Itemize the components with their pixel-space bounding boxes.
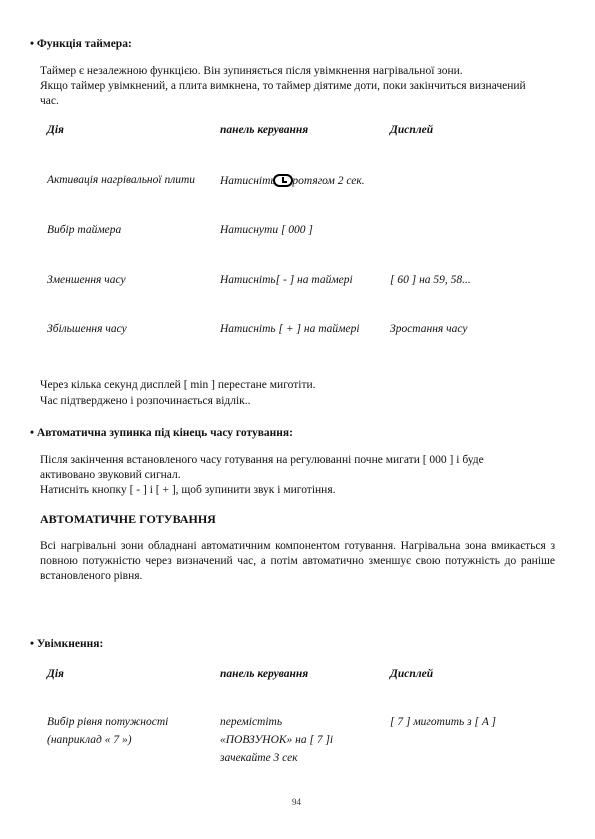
- timer-row-1-control: Натиснітьпротягом 2 сек.: [220, 174, 365, 187]
- timer-row-4-action: Збільшення часу: [47, 323, 127, 335]
- switch-row-action-line-1: Вибір рівня потужності: [47, 716, 168, 728]
- clock-icon: [273, 174, 293, 187]
- timer-table-header-display: Дисплей: [390, 124, 433, 136]
- auto-stop-line-2: активовано звуковий сигнал.: [40, 468, 181, 483]
- timer-intro-line-1: Таймер є незалежною функцією. Він зупиня…: [40, 64, 463, 79]
- auto-stop-line-3: Натисніть кнопку [ - ] і [ + ], щоб зупи…: [40, 483, 336, 498]
- timer-row-4-display: Зростання часу: [390, 323, 468, 335]
- switch-row-control-line-3: зачекайте 3 сек: [220, 752, 298, 764]
- auto-stop-line-1: Після закінчення встановленого часу готу…: [40, 453, 484, 468]
- timer-row-2-control: Натиснути [ 000 ]: [220, 224, 313, 236]
- auto-stop-heading: • Автоматична зупинка під кінець часу го…: [30, 427, 293, 439]
- timer-table-header-control: панель керування: [220, 124, 308, 136]
- timer-row-3-control: Натисніть[ - ] на таймері: [220, 274, 353, 286]
- timer-heading: • Функція таймера:: [30, 38, 132, 50]
- switch-table-header-control: панель керування: [220, 668, 308, 680]
- auto-cooking-paragraph: Всі нагрівальні зони обладнані автоматич…: [40, 539, 555, 584]
- page-number: 94: [292, 797, 301, 807]
- timer-row-1-control-before: Натисніть: [220, 175, 276, 187]
- timer-row-2-action: Вибір таймера: [47, 224, 121, 236]
- switch-table-header-display: Дисплей: [390, 668, 433, 680]
- switch-on-heading: • Увімкнення:: [30, 638, 103, 650]
- timer-row-3-action: Зменшення часу: [47, 274, 126, 286]
- timer-after-line-2: Час підтверджено і розпочинається відлік…: [40, 394, 251, 409]
- timer-row-3-display: [ 60 ] на 59, 58...: [390, 274, 471, 286]
- timer-table-header-action: Дія: [47, 124, 64, 136]
- switch-table-header-action: Дія: [47, 668, 64, 680]
- switch-row-display: [ 7 ] миготить з [ A ]: [390, 716, 496, 728]
- switch-row-control-line-2: «ПОВЗУНОК» на [ 7 ]і: [220, 734, 333, 746]
- timer-row-1-action: Активація нагрівальної плити: [47, 174, 195, 186]
- switch-row-control-line-1: перемістіть: [220, 716, 282, 728]
- auto-cooking-heading: АВТОМАТИЧНЕ ГОТУВАННЯ: [40, 512, 216, 527]
- timer-after-line-1: Через кілька секунд дисплей [ min ] пере…: [40, 378, 316, 393]
- switch-row-action-line-2: (наприклад « 7 »): [47, 734, 132, 746]
- timer-intro-line-2: Якщо таймер увімкнений, а плита вимкнена…: [40, 79, 526, 94]
- timer-intro-line-3: час.: [40, 94, 59, 109]
- timer-row-4-control: Натисніть [ + ] на таймері: [220, 323, 360, 335]
- timer-row-1-control-after: протягом 2 сек.: [287, 175, 365, 187]
